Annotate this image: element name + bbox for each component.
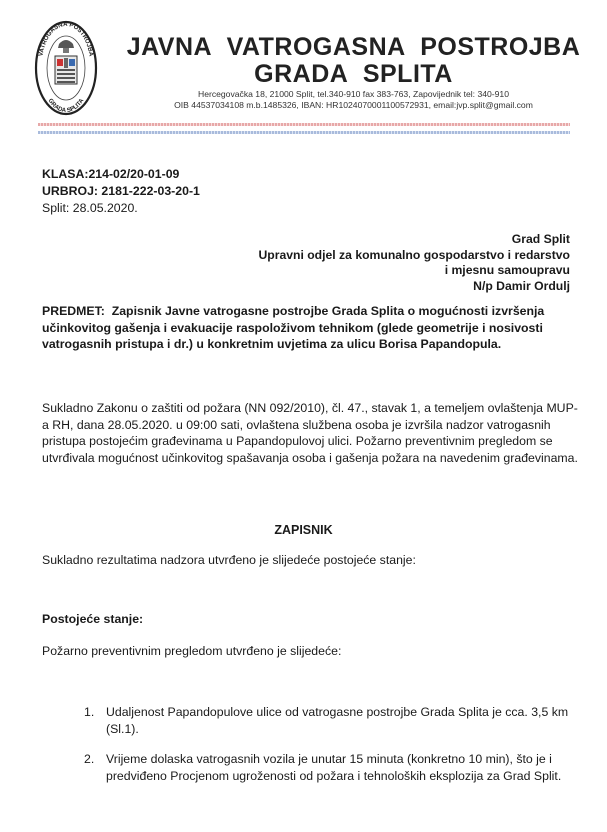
list-item-number: 2. [84,751,94,768]
place-date: Split: 28.05.2020. [42,200,200,217]
address-line: Hercegovačka 18, 21000 Split, tel.340-91… [100,89,607,100]
recipient-name: Grad Split [258,232,570,248]
klasa-number: KLASA:214-02/20-01-09 [42,167,179,181]
section-title: ZAPISNIK [0,523,607,537]
findings-intro: Sukladno rezultatima nadzora utvrđeno je… [42,552,582,569]
recipient-department-cont: i mjesnu samoupravu [258,263,570,279]
org-name-line2: GRADA SPLITA [100,60,607,89]
document-reference: KLASA:214-02/20-01-09 URBROJ: 2181-222-0… [42,166,200,217]
list-item-text: Udaljenost Papandopulove ulice od vatrog… [106,704,574,737]
org-name-line1: JAVNA VATROGASNA POSTROJBA [100,33,607,62]
list-item-text: Vrijeme dolaska vatrogasnih vozila je un… [106,751,574,784]
intro-paragraph: Sukladno Zakonu o zaštiti od požara (NN … [42,400,582,466]
list-item-number: 1. [84,704,94,721]
recipient-department: Upravni odjel za komunalno gospodarstvo … [258,248,570,264]
fire-brigade-emblem-icon: VATROGASNA POSTROJBA GRADA SPLITA [34,20,98,116]
subject-text: Zapisnik Javne vatrogasne postrojbe Grad… [42,304,544,351]
recipient-attention: N/p Damir Ordulj [258,279,570,295]
registration-line: OIB 44537034108 m.b.1485326, IBAN: HR102… [100,100,607,111]
recipient-block: Grad Split Upravni odjel za komunalno go… [258,232,570,294]
header-ribbon-blue [38,131,570,134]
org-contact-info: Hercegovačka 18, 21000 Split, tel.340-91… [100,89,607,110]
subject-label: PREDMET: [42,304,105,318]
subheading: Postojeće stanje: [42,612,143,626]
header-ribbon-red [38,123,570,126]
inspection-intro: Požarno preventivnim pregledom utvrđeno … [42,643,582,660]
subject-line: PREDMET: Zapisnik Javne vatrogasne postr… [42,303,582,353]
urbroj-number: URBROJ: 2181-222-03-20-1 [42,184,200,198]
